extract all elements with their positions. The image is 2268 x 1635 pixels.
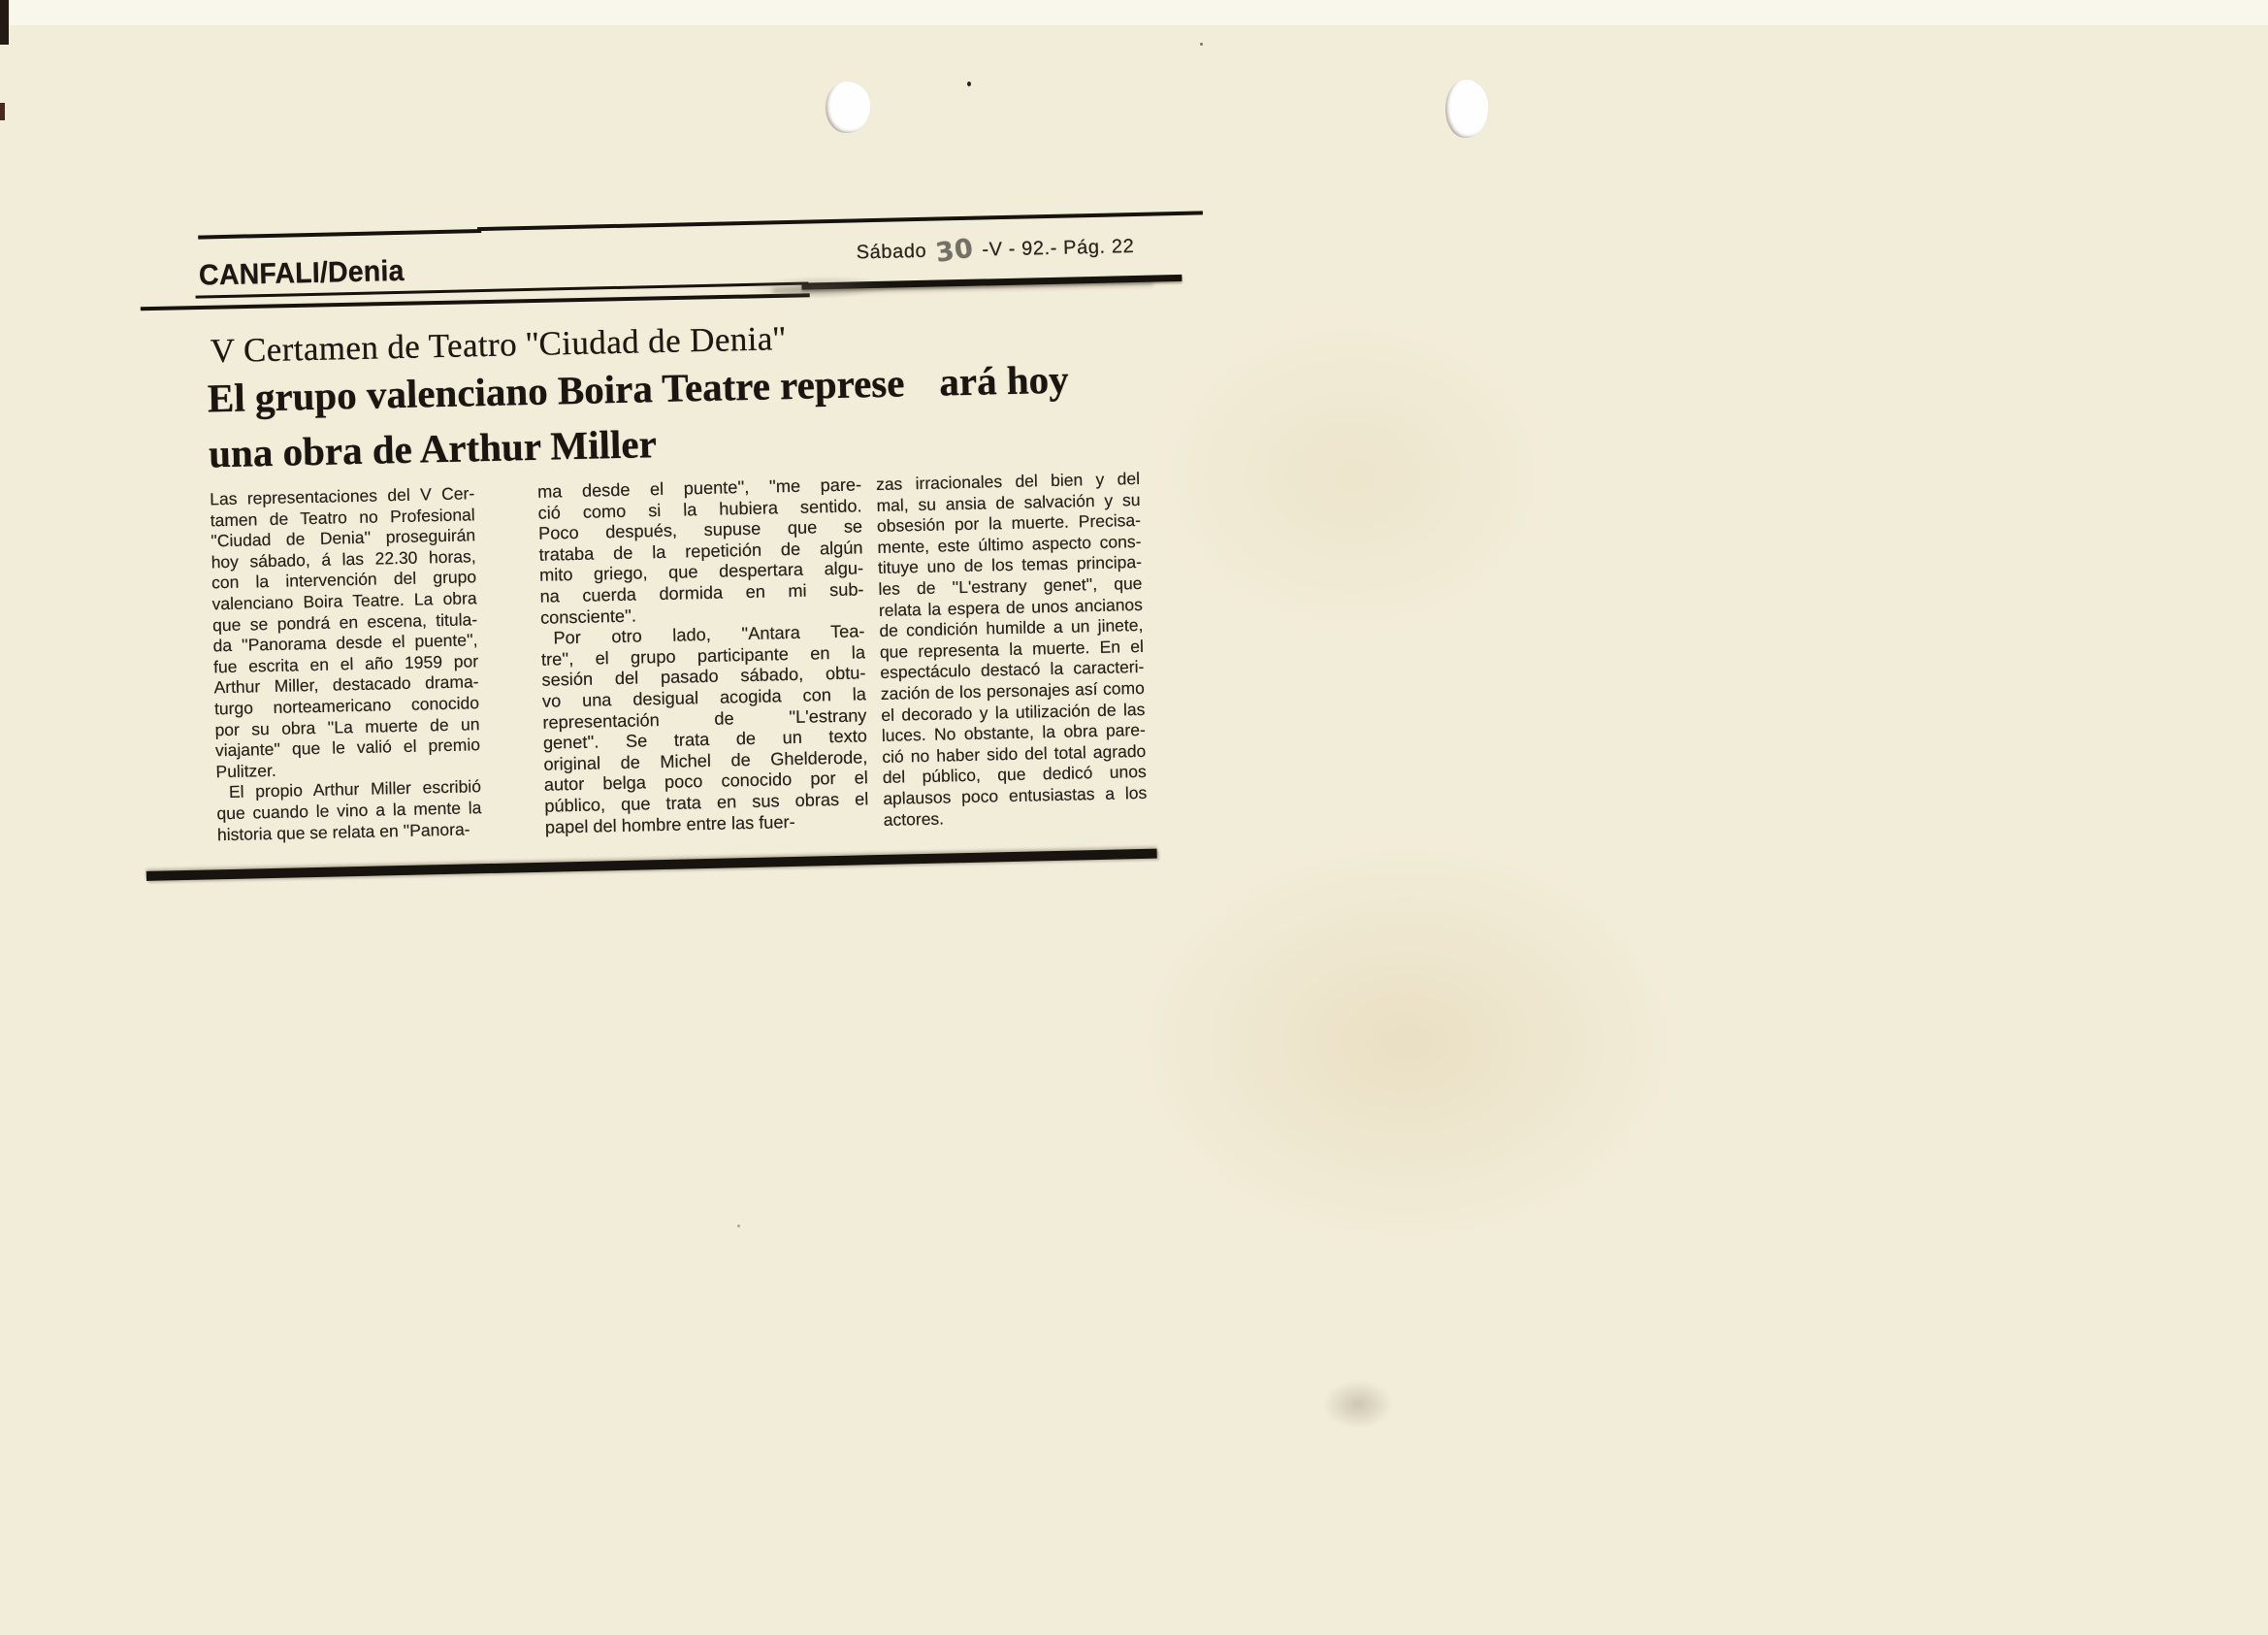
- newspaper-clipping: CANFALI/Denia Sábado 30 -V - 92.- Pág. 2…: [136, 205, 1256, 908]
- date-suffix: -V - 92.- Pág. 22: [982, 236, 1134, 261]
- scanner-top-band: [0, 0, 2268, 25]
- section-title: CANFALI/Denia: [199, 255, 405, 293]
- article-column-2: ma desde el puente'', ''me pare-ció como…: [537, 474, 869, 837]
- ink-speck: [737, 1225, 740, 1227]
- paper-stain: [1319, 1378, 1397, 1431]
- headline: El grupo valenciano Boira Teatre represe…: [207, 348, 1237, 482]
- punch-hole-right: [1445, 80, 1488, 138]
- article-column-3: zas irracionales del bien y delmal, su a…: [876, 469, 1148, 831]
- ink-speck: [1200, 43, 1203, 46]
- paper-stain: [1125, 834, 1688, 1252]
- article-bottom-rule: [146, 849, 1157, 881]
- scanned-newspaper-page: { "masthead": { "section_title": "CANFAL…: [0, 0, 2268, 1635]
- print-gap: [905, 396, 940, 397]
- scan-corner-mark: [0, 0, 9, 45]
- date-prefix: Sábado: [856, 241, 926, 264]
- article-column-1: Las representaciones del V Cer-tamen de …: [210, 483, 482, 845]
- date-day-stamp: 30: [933, 234, 975, 269]
- ink-speck: [967, 82, 971, 86]
- headline-line1-start: El grupo valenciano Boira Teatre represe: [207, 360, 904, 420]
- masthead-rule-top: [198, 229, 481, 240]
- punch-hole-left: [826, 82, 870, 133]
- ink-smudge: [746, 275, 891, 301]
- scan-edge-mark: [0, 103, 5, 120]
- masthead-rule-top: [477, 211, 1203, 231]
- issue-date: Sábado 30 -V - 92.- Pág. 22: [856, 232, 1134, 268]
- headline-line1-end: ará hoy: [939, 357, 1069, 405]
